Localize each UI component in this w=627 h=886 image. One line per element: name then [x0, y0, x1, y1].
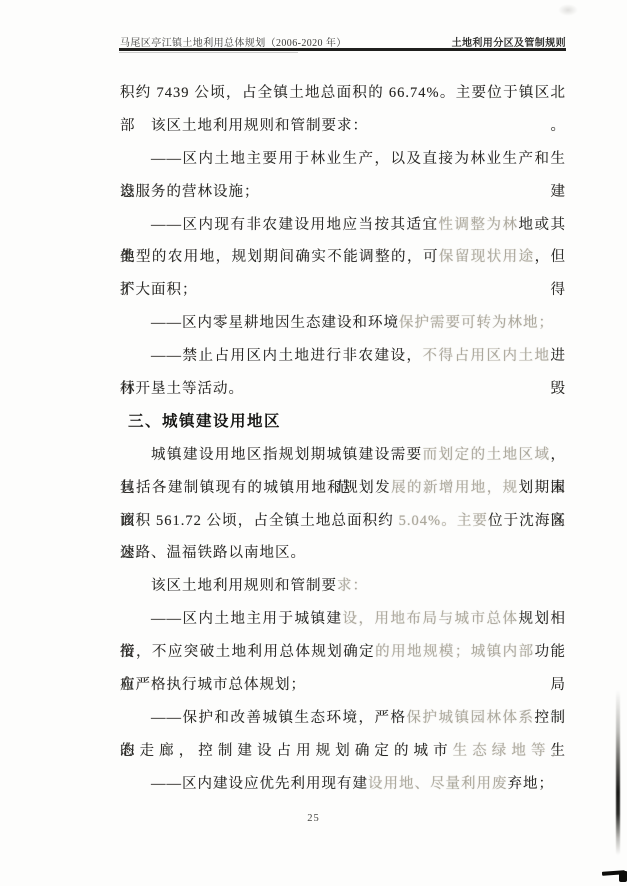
scan-smudge	[558, 4, 578, 16]
text-segment: 公路、温福铁路以南地区。	[120, 545, 306, 561]
faded-text-segment: 保护需要可转为林地；	[399, 315, 554, 331]
text-segment: 扩大面积；	[120, 282, 198, 298]
text-segment: 态走廊，控制建设占用规划确定的城市	[120, 743, 453, 759]
text-line: 城镇建设用地区指规划期城镇建设需要而划定的土地区域，其范围	[120, 439, 566, 472]
text-segment: 该区土地利用规则和管制要求：	[151, 118, 368, 134]
text-segment: ——区内建设应优先利用现有建	[151, 776, 368, 792]
text-line: ——区内建设应优先利用现有建设用地、尽量利用废弃地；	[120, 768, 566, 801]
faded-text-segment: 求：	[337, 578, 368, 594]
faded-text-segment: 设用地、尽量利用废	[368, 776, 508, 792]
text-line: 接，不应突破土地利用总体规划确定的用地规模；城镇内部功能布局	[120, 636, 566, 669]
text-line: ——区内零星耕地因生态建设和环境保护需要可转为林地；	[120, 307, 566, 340]
faded-text-segment: 的用地规模；城镇内部	[375, 644, 534, 660]
text-segment: 城镇建设用地区指规划期城镇建设需要	[151, 447, 423, 463]
text-line: 包括各建制镇现有的城镇用地和规划发展的新增用地，规划期末该区	[120, 472, 566, 505]
text-line: ——区内土地主用于城镇建设，用地布局与城市总体规划相衔	[120, 603, 566, 636]
text-segment: 弃地；	[508, 776, 555, 792]
text-segment: ——保护和改善城镇生态环境，严格	[151, 710, 407, 726]
header-rule	[119, 48, 566, 51]
faded-text-segment: 保留现状用途	[439, 249, 535, 265]
text-line: 公路、温福铁路以南地区。	[120, 537, 566, 570]
text-segment: 该区土地利用规则和管制要	[151, 578, 337, 594]
body-text: 积约 7439 公顷，占全镇土地总面积的 66.74%。主要位于镇区北部。该区土…	[120, 77, 566, 801]
text-segment: 应严格执行城市总体规划；	[120, 677, 306, 693]
text-segment: ——区内土地主用于城镇建	[151, 611, 343, 627]
text-segment: 包括各建制镇现有的城镇用地和规划发	[120, 480, 391, 496]
section-heading: 三、城镇建设用地区	[120, 406, 566, 439]
header-right-title: 土地利用分区及管制规则	[452, 34, 566, 49]
faded-text-segment: 不得占用区内土地	[423, 348, 551, 364]
text-line: ——区内现有非农建设用地应当按其适宜性调整为林地或其他	[120, 209, 566, 242]
text-segment: 类型的农用地，规划期间确实不能调整的，可	[120, 249, 439, 265]
text-line: 积约 7439 公顷，占全镇土地总面积的 66.74%。主要位于镇区北部。	[120, 77, 566, 110]
text-segment: 设服务的营林设施；	[120, 184, 260, 200]
faded-text-segment: 而划定的土地区域	[423, 447, 551, 463]
text-line: ——保护和改善城镇生态环境，严格保护城镇园林体系控制的生	[120, 702, 566, 735]
scanned-document-page: 马尾区亭江镇土地利用总体规划（2006-2020 年） 土地利用分区及管制规则 …	[0, 0, 627, 886]
faded-text-segment: 性调整为林	[439, 217, 519, 233]
faded-text-segment: 5.04%。主要	[394, 513, 488, 529]
text-segment: ——区内现有非农建设用地应当按其适宜	[151, 217, 439, 233]
header-left-title: 马尾区亭江镇土地利用总体规划（2006-2020 年）	[120, 34, 347, 49]
faded-text-segment: 设，用地布局与城市总体	[343, 611, 519, 627]
text-line: 类型的农用地，规划期间确实不能调整的，可保留现状用途，但不得	[120, 241, 566, 274]
page-number: 25	[0, 813, 627, 824]
faded-text-segment: 生态绿地等；	[453, 743, 566, 759]
text-segment: 接，不应突破土地利用总体规划确定	[120, 644, 375, 660]
text-segment: 三、城镇建设用地区	[128, 413, 281, 430]
text-segment: 林开垦土等活动。	[120, 381, 244, 397]
text-line: ——区内土地主要用于林业生产，以及直接为林业生产和生态建	[120, 143, 566, 176]
faded-text-segment: 保护城镇园林体系	[407, 710, 535, 726]
text-line: 面积 561.72 公顷，占全镇土地总面积约 5.04%。主要位于沈海高速	[120, 505, 566, 538]
corner-fold-mark-nub	[619, 871, 627, 882]
text-segment: ——禁止占用区内土地进行非农建设，	[151, 348, 423, 364]
text-segment: 面积 561.72 公顷，占全镇土地总面积约	[120, 513, 394, 529]
text-segment: ——区内零星耕地因生态建设和环境	[151, 315, 399, 331]
text-line: 态走廊，控制建设占用规划确定的城市生态绿地等；	[120, 735, 566, 768]
faded-text-segment: 展的新增用地，规	[391, 480, 519, 496]
text-line: 该区土地利用规则和管制要求：	[120, 570, 566, 603]
ink-streak	[616, 690, 620, 855]
text-line: ——禁止占用区内土地进行非农建设，不得占用区内土地进行毁	[120, 340, 566, 373]
